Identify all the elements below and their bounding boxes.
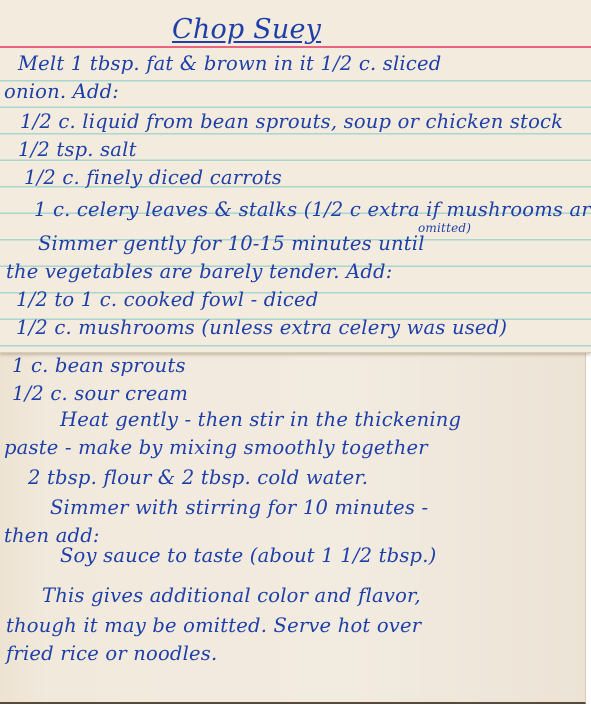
- instruction-line: Soy sauce to taste (about 1 1/2 tbsp.): [60, 544, 436, 567]
- instruction-line: Simmer gently for 10-15 minutes until: [38, 232, 425, 255]
- recipe-card-top: Chop Suey Melt 1 tbsp. fat & brown in it…: [0, 0, 591, 353]
- note-line: though it may be omitted. Serve hot over: [6, 614, 421, 637]
- ingredient-line: 1/2 c. mushrooms (unless extra celery wa…: [16, 316, 507, 339]
- ingredient-line: 1 c. celery leaves & stalks (1/2 c extra…: [34, 198, 591, 221]
- instruction-line: Heat gently - then stir in the thickenin…: [60, 408, 461, 431]
- note-line: This gives additional color and flavor,: [42, 584, 421, 607]
- instruction-line: Simmer with stirring for 10 minutes -: [50, 496, 428, 519]
- recipe-title: Chop Suey: [172, 14, 321, 45]
- ingredient-line: 1/2 c. sour cream: [12, 382, 188, 405]
- note-line: fried rice or noodles.: [6, 642, 217, 665]
- recipe-card-bottom: 1 c. bean sprouts 1/2 c. sour cream Heat…: [0, 352, 586, 704]
- instruction-line: 2 tbsp. flour & 2 tbsp. cold water.: [28, 466, 368, 489]
- ingredient-line: 1/2 c. finely diced carrots: [24, 166, 282, 189]
- ingredient-line: 1/2 c. liquid from bean sprouts, soup or…: [20, 110, 563, 133]
- omitted-note: omitted): [418, 221, 471, 235]
- recipe-line: Melt 1 tbsp. fat & brown in it 1/2 c. sl…: [18, 52, 441, 75]
- ingredient-line: 1 c. bean sprouts: [12, 354, 186, 377]
- ingredient-line: 1/2 to 1 c. cooked fowl - diced: [16, 288, 318, 311]
- ingredient-line: 1/2 tsp. salt: [18, 138, 137, 161]
- recipe-line: onion. Add:: [4, 80, 119, 103]
- instruction-line: the vegetables are barely tender. Add:: [6, 260, 393, 283]
- instruction-line: paste - make by mixing smoothly together: [4, 436, 428, 459]
